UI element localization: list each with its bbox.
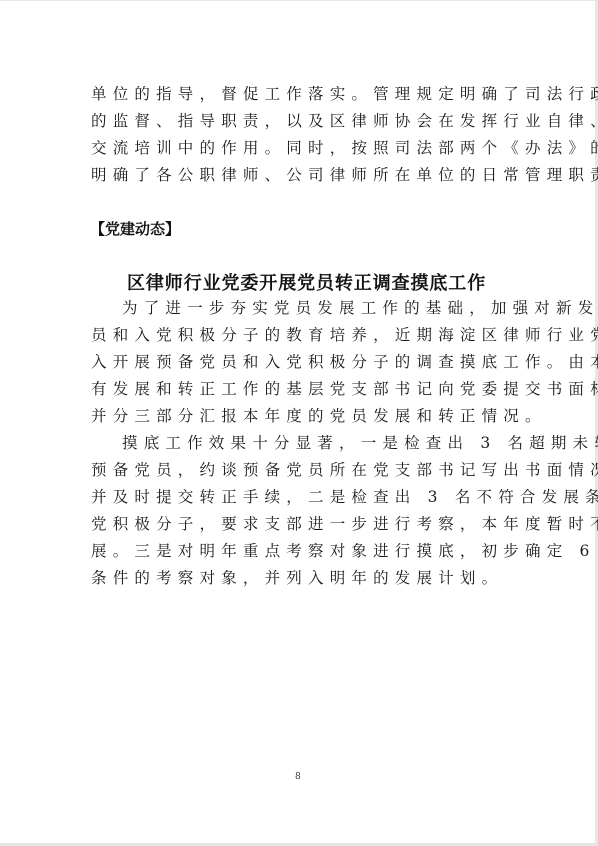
body-text-line: 展。三是对明年重点考察对象进行摸底，初步确定 6 名符合 (91, 538, 598, 565)
body-text-line: 交流培训中的作用。同时，按照司法部两个《办法》的规定， (91, 135, 598, 162)
body-text-line: 摸底工作效果十分显著，一是检查出 3 名超期未转正的 (122, 430, 598, 457)
body-text-line: 入开展预备党员和入党积极分子的调查摸底工作。由本年度 (91, 349, 598, 376)
article-title: 区律师行业党委开展党员转正调查摸底工作 (127, 271, 472, 297)
body-text-line: 并及时提交转正手续，二是检查出 3 名不符合发展条件的入 (91, 484, 598, 511)
body-text-line: 的监督、指导职责，以及区律师协会在发挥行业自律、行业 (91, 108, 598, 135)
document-page: 单位的指导，督促工作落实。管理规定明确了司法行政机关 的监督、指导职责，以及区律… (0, 1, 595, 843)
body-text-line: 有发展和转正工作的基层党支部书记向党委提交书面材料， (91, 376, 598, 403)
body-text-line: 明确了各公职律师、公司律师所在单位的日常管理职责。 (91, 162, 598, 189)
body-text-line: 并分三部分汇报本年度的党员发展和转正情况。 (91, 403, 547, 430)
body-text-line: 单位的指导，督促工作落实。管理规定明确了司法行政机关 (91, 81, 598, 108)
body-text-line: 员和入党积极分子的教育培养，近期海淀区律师行业党委深 (91, 322, 598, 349)
page-number: 8 (295, 770, 301, 784)
body-text-line: 党积极分子，要求支部进一步进行考察，本年度暂时不予发 (91, 511, 598, 538)
body-text-line: 条件的考察对象，并列入明年的发展计划。 (91, 565, 503, 592)
body-text-line: 为了进一步夯实党员发展工作的基础，加强对新发展党 (122, 295, 598, 322)
body-text-line: 预备党员，约谈预备党员所在党支部书记写出书面情况说明， (91, 457, 598, 484)
section-heading: 【党建动态】 (90, 217, 180, 241)
